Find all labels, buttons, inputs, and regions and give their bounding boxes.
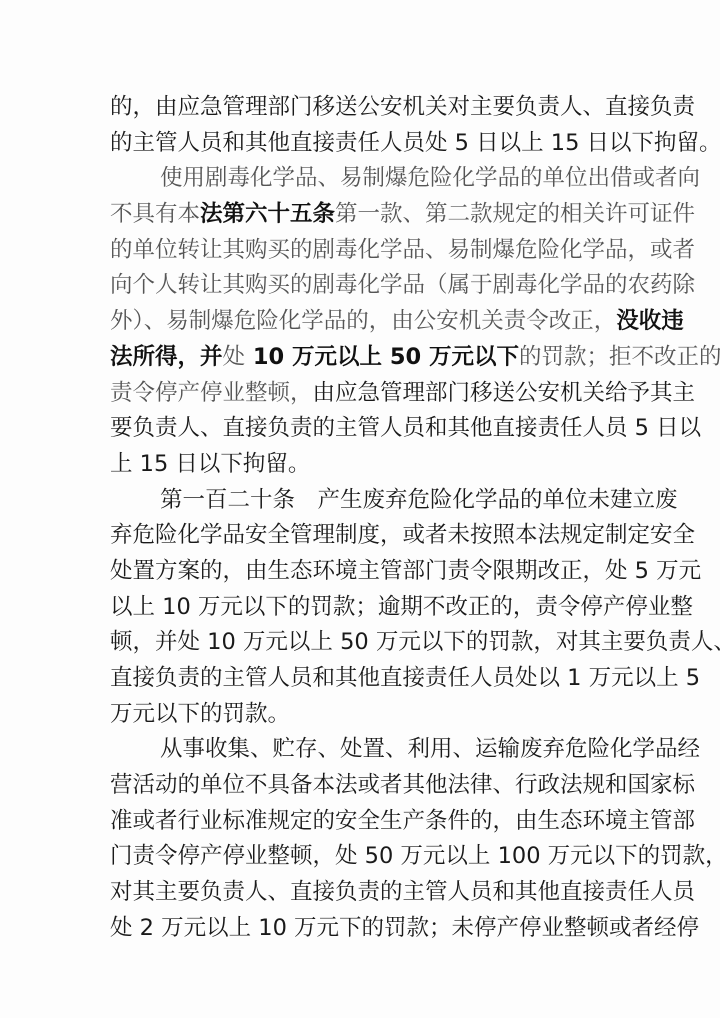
text-segment: 没收违 <box>616 308 684 334</box>
document-body: 的，由应急管理部门移送公安机关对主要负责人、直接负责的主管人员和其他直接责任人员… <box>110 90 612 947</box>
text-line: 处置方案的，由生态环境主管部门责令限期改正，处 5 万元 <box>110 554 612 590</box>
text-line: 的，由应急管理部门移送公安机关对主要负责人、直接负责 <box>110 90 612 126</box>
text-segment: 法第六十五条 <box>200 201 335 227</box>
text-line: 门责令停产停业整顿，处 50 万元以上 100 万元以下的罚款， <box>110 839 612 875</box>
text-segment: 弃危险化学品安全管理制度，或者未按照本法规定制定安全 <box>110 522 695 548</box>
text-segment: 的主管人员和其他直接责任人员处 5 日以上 15 日以下拘留。 <box>110 130 720 156</box>
text-segment: 以上 10 万元以下的罚款；逾期不改正的，责令停产停业整 <box>110 594 693 620</box>
text-segment: 营活动的单位不具备本法或者其他法律、行政法规和国家标 <box>110 772 695 798</box>
text-segment: 处置方案的，由生态环境主管部门责令限期改正，处 5 万元 <box>110 558 701 584</box>
text-line: 对其主要负责人、直接负责的主管人员和其他直接责任人员 <box>110 875 612 911</box>
text-line: 直接负责的主管人员和其他直接责任人员处以 1 万元以上 5 <box>110 661 612 697</box>
text-line: 顿，并处 10 万元以上 50 万元以下的罚款，对其主要负责人、 <box>110 625 612 661</box>
paragraph-p2-lending-toxic-chemicals: 使用剧毒化学品、易制爆危险化学品的单位出借或者向不具有本法第六十五条第一款、第二… <box>110 161 612 482</box>
text-segment: 处 <box>223 344 246 370</box>
text-segment: 的单位转让其购买的剧毒化学品、易制爆危险化学品，或者 <box>110 237 695 263</box>
text-line: 使用剧毒化学品、易制爆危险化学品的单位出借或者向 <box>110 161 612 197</box>
text-line: 责令停产停业整顿，由应急管理部门移送公安机关给予其主 <box>110 376 612 412</box>
text-segment: 要负责人、直接负责的主管人员和其他直接责任人员 5 日以 <box>110 415 701 441</box>
paragraph-p4-waste-disposal-operations: 从事收集、贮存、处置、利用、运输废弃危险化学品经营活动的单位不具备本法或者其他法… <box>110 732 612 946</box>
text-segment: 不具有本 <box>110 201 200 227</box>
text-segment: 直接负责的主管人员和其他直接责任人员处以 1 万元以上 5 <box>110 665 700 691</box>
text-line: 外）、易制爆危险化学品的，由公安机关责令改正，没收违 <box>110 304 612 340</box>
text-segment: 的，由应急管理部门移送公安机关对主要负责人、直接负责 <box>110 94 695 120</box>
text-segment: 外）、易制爆危险化学品的，由公安机关责令改正， <box>110 308 616 334</box>
text-segment: 第一款、第二款规定的相关许可证件 <box>335 201 695 227</box>
text-segment: 使用剧毒化学品、易制爆危险化学品的单位出借或者向 <box>160 165 700 191</box>
text-segment: 的罚款；拒不改正的， <box>519 344 720 370</box>
text-segment: 上 15 日以下拘留。 <box>110 451 310 477</box>
text-line: 向个人转让其购买的剧毒化学品（属于剧毒化学品的农药除 <box>110 268 612 304</box>
document-page: 的，由应急管理部门移送公安机关对主要负责人、直接负责的主管人员和其他直接责任人员… <box>0 0 720 1018</box>
text-line: 万元以下的罚款。 <box>110 697 612 733</box>
text-segment: 法所得，并 <box>110 344 223 370</box>
text-line: 处 2 万元以上 10 万元下的罚款；未停产停业整顿或者经停 <box>110 911 612 947</box>
text-line: 上 15 日以下拘留。 <box>110 447 612 483</box>
text-segment: 处 2 万元以上 10 万元下的罚款；未停产停业整顿或者经停 <box>110 915 699 941</box>
paragraph-p1-continuation: 的，由应急管理部门移送公安机关对主要负责人、直接负责的主管人员和其他直接责任人员… <box>110 90 612 161</box>
text-segment: 向个人转让其购买的剧毒化学品（属于剧毒化学品的农药除 <box>110 272 695 298</box>
text-line: 不具有本法第六十五条第一款、第二款规定的相关许可证件 <box>110 197 612 233</box>
text-line: 营活动的单位不具备本法或者其他法律、行政法规和国家标 <box>110 768 612 804</box>
text-segment: 门责令停产停业整顿，处 50 万元以上 100 万元以下的罚款， <box>110 843 720 869</box>
text-segment: 顿，并处 10 万元以上 50 万元以下的罚款，对其主要负责人、 <box>110 629 720 655</box>
text-segment: 由应急管理部门移送公安机关给予其主 <box>313 380 696 406</box>
text-line: 以上 10 万元以下的罚款；逾期不改正的，责令停产停业整 <box>110 590 612 626</box>
text-segment: 从事收集、贮存、处置、利用、运输废弃危险化学品经 <box>160 736 700 762</box>
text-segment: 第一百二十条 产生废弃危险化学品的单位未建立废 <box>160 487 678 513</box>
text-segment: 10 万元以上 50 万元以下 <box>245 344 519 370</box>
text-line: 弃危险化学品安全管理制度，或者未按照本法规定制定安全 <box>110 518 612 554</box>
text-line: 的单位转让其购买的剧毒化学品、易制爆危险化学品，或者 <box>110 233 612 269</box>
text-segment: 准或者行业标准规定的安全生产条件的，由生态环境主管部 <box>110 808 695 834</box>
text-line: 准或者行业标准规定的安全生产条件的，由生态环境主管部 <box>110 804 612 840</box>
text-line: 的主管人员和其他直接责任人员处 5 日以上 15 日以下拘留。 <box>110 126 612 162</box>
text-segment: 责令停产停业整顿， <box>110 380 313 406</box>
text-segment: 万元以下的罚款。 <box>110 701 290 727</box>
text-segment: 对其主要负责人、直接负责的主管人员和其他直接责任人员 <box>110 879 695 905</box>
text-line: 法所得，并处 10 万元以上 50 万元以下的罚款；拒不改正的， <box>110 340 612 376</box>
text-line: 要负责人、直接负责的主管人员和其他直接责任人员 5 日以 <box>110 411 612 447</box>
text-line: 第一百二十条 产生废弃危险化学品的单位未建立废 <box>110 483 612 519</box>
paragraph-p3-article-120: 第一百二十条 产生废弃危险化学品的单位未建立废弃危险化学品安全管理制度，或者未按… <box>110 483 612 733</box>
text-line: 从事收集、贮存、处置、利用、运输废弃危险化学品经 <box>110 732 612 768</box>
